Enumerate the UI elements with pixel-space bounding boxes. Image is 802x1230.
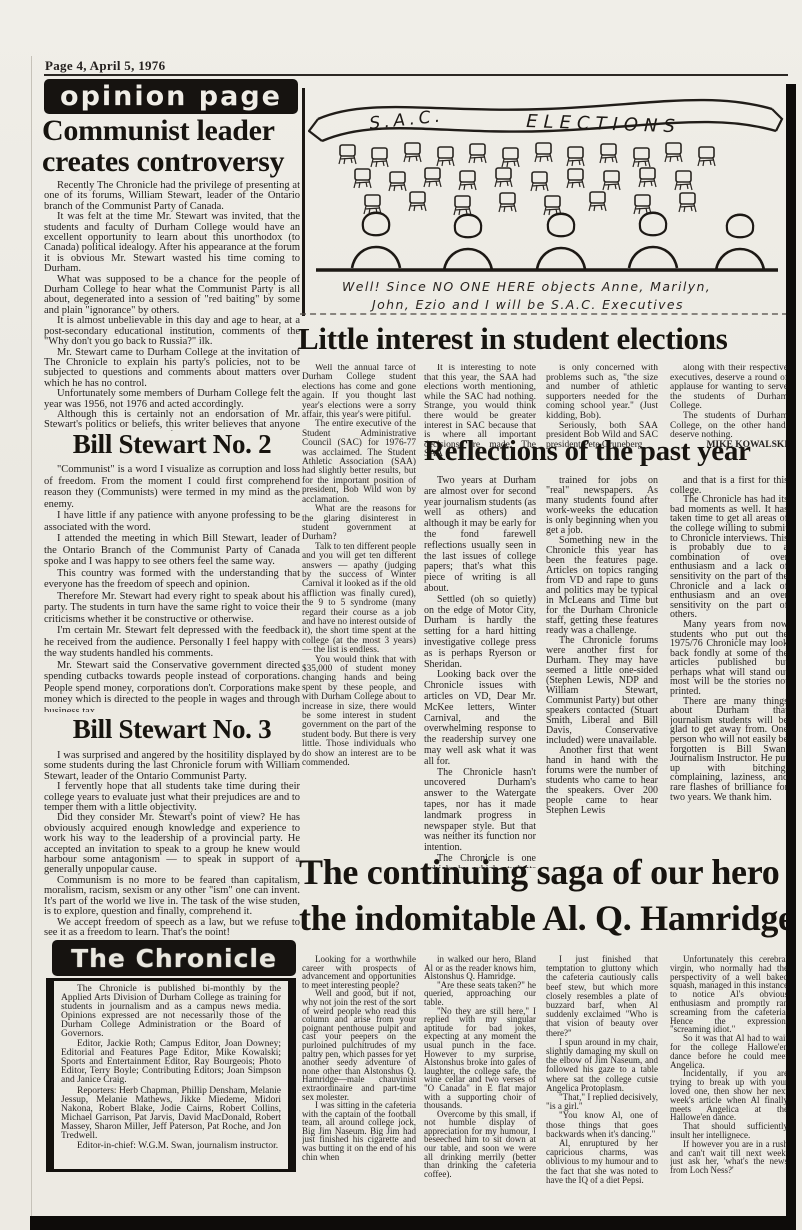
article-body: I was surprised and angered by the hosit…	[44, 751, 300, 935]
column-body: I just finished that temptation to glutt…	[546, 955, 658, 1185]
column-body: Looking for a worthwhile career with pro…	[302, 955, 416, 1161]
paragraph: Reporters: Herb Chapman, Phillip Densham…	[61, 1087, 281, 1140]
reflections-column-1: Two years at Durham are almost over for …	[424, 476, 536, 868]
paragraph: The Chronicle hasn't uncovered Durham's …	[424, 768, 536, 854]
paragraph: along with their respective executives, …	[670, 364, 788, 412]
seated-figure	[352, 212, 400, 268]
paragraph: The entire executive of the Student Admi…	[302, 420, 416, 505]
cartoon-separator-dashed-rule	[300, 313, 788, 315]
sac-banner-text-right: ELECTIONS	[526, 111, 681, 137]
hamridge-column-2: in walked our hero, Bland Al or as the r…	[424, 955, 536, 1211]
opinion-page-banner: opinion page	[44, 79, 298, 114]
sac-elections-cartoon: S.A.C. ELECTIONS Well! Since NO ONE HERE…	[308, 85, 788, 317]
paragraph: It was felt at the time Mr. Stewart was …	[44, 212, 300, 274]
paragraph: in walked our hero, Bland Al or as the r…	[424, 955, 536, 981]
page-date: Page 4, April 5, 1976	[45, 58, 165, 74]
paragraph: Editor-in-chief: W.G.M. Swan, journalism…	[61, 1142, 281, 1151]
audience-chairs	[339, 143, 715, 215]
paragraph: Looking for a worthwhile career with pro…	[302, 955, 416, 989]
masthead-box: The Chronicle is published bi-monthly by…	[46, 978, 296, 1172]
paragraph: I fervently hope that all students take …	[44, 782, 300, 813]
paragraph: Unfortunately some members of Durham Col…	[44, 389, 300, 410]
paragraph: You would think that with $35,000 of stu…	[302, 656, 416, 769]
seated-figure	[444, 214, 492, 270]
article-bill-stewart-3: I was surprised and angered by the hosit…	[44, 751, 300, 935]
paragraph: Editor, Jackie Roth; Campus Editor, Joan…	[61, 1040, 281, 1085]
paragraph: If however you are in a rush and can't w…	[670, 1140, 788, 1175]
paragraph: The Chronicle forums were another first …	[546, 636, 658, 746]
paragraph: Mr. Stewart came to Durham College at th…	[44, 348, 300, 390]
column-body: Well the annual farce of Durham College …	[302, 364, 416, 768]
headline-communist-leader: Communist leader creates controversy	[42, 115, 302, 177]
paragraph: I just finished that temptation to glutt…	[546, 955, 658, 1038]
paragraph: I have little if any patience with anyon…	[44, 510, 300, 533]
paragraph: Although this is certainly not an endors…	[44, 410, 300, 431]
paragraph: Settled (oh so quietly) on the edge of M…	[424, 595, 536, 671]
column-body: and that is a first for this college.The…	[670, 476, 788, 802]
paragraph: Two years at Durham are almost over for …	[424, 476, 536, 595]
article-bill-stewart-2: "Communist" is a word I visualize as cor…	[44, 464, 300, 712]
paragraph: The Chronicle is published bi-monthly by…	[61, 985, 281, 1038]
paragraph: Did they consider Mr. Stewart's point of…	[44, 813, 300, 875]
hamridge-column-4: Unfortunately this cerebral virgin, who …	[670, 955, 788, 1211]
cartoon-caption-line2: John, Ezio and I will be S.A.C. Executiv…	[369, 297, 684, 312]
reflections-column-3: and that is a first for this college.The…	[670, 476, 788, 868]
paragraph: This country was formed with the underst…	[44, 568, 300, 591]
paragraph: So it was that Al had to wait for the co…	[670, 1034, 788, 1069]
paragraph: Looking back over the Chronicle issues w…	[424, 670, 536, 767]
paragraph: The Chronicle has had its bad moments as…	[670, 495, 788, 620]
hamridge-column-3: I just finished that temptation to glutt…	[546, 955, 658, 1211]
seated-figure	[537, 213, 585, 269]
paragraph: "Communist" is a word I visualize as cor…	[44, 464, 300, 510]
paragraph: Communism is no more to be feared than c…	[44, 876, 300, 918]
paragraph: Another first that went hand in hand wit…	[546, 746, 658, 816]
paragraph: Overcome by this small, if not humble di…	[424, 1110, 536, 1179]
paragraph: I spun around in my chair, slightly dama…	[546, 1038, 658, 1093]
paragraph: I'm certain Mr. Stewart felt depressed w…	[44, 625, 300, 660]
article-body: Recently The Chronicle had the privilege…	[44, 181, 300, 431]
column-body: Two years at Durham are almost over for …	[424, 476, 536, 868]
paragraph: trained for jobs on "real" newspapers. A…	[546, 476, 658, 536]
page-bottom-edge	[30, 1216, 796, 1230]
paragraph: Something new in the Chronicle this year…	[546, 536, 658, 636]
paragraph: Well the annual farce of Durham College …	[302, 364, 416, 420]
paragraph: is only concerned with problems such as,…	[546, 364, 658, 422]
paragraph: That should sufficiently insult her inte…	[670, 1122, 788, 1140]
column-body: along with their respective executives, …	[670, 364, 788, 441]
little-interest-column-1: Well the annual farce of Durham College …	[302, 364, 416, 808]
paragraph: Al, enruptured by her capricious charms,…	[546, 1139, 658, 1185]
headline-bill-stewart-2: Bill Stewart No. 2	[44, 429, 300, 460]
article-communist-leader: Recently The Chronicle had the privilege…	[44, 181, 300, 431]
column-body: Unfortunately this cerebral virgin, who …	[670, 955, 788, 1175]
headline-little-interest: Little interest in student elections	[298, 321, 790, 357]
paragraph: I was sitting in the cafeteria with the …	[302, 1101, 416, 1161]
headline-reflections: Reflections of the past year	[424, 435, 790, 468]
hamridge-column-1: Looking for a worthwhile career with pro…	[302, 955, 416, 1211]
opinion-page-banner-label: opinion page	[60, 81, 282, 112]
headline-bill-stewart-3: Bill Stewart No. 3	[44, 714, 300, 745]
paragraph: Incidentally, if you are trying to break…	[670, 1069, 788, 1122]
seated-figure	[716, 214, 764, 270]
seated-figures	[352, 212, 764, 270]
page-left-edge	[31, 56, 32, 1216]
paragraph: and that is a first for this college.	[670, 476, 788, 495]
chronicle-masthead-label: The Chronicle	[71, 944, 277, 973]
paragraph: "Are these seats taken?" he queried, app…	[424, 981, 536, 1007]
column-divider-rule	[302, 88, 305, 316]
paragraph: Mr. Stewart said the Conservative govern…	[44, 660, 300, 713]
paragraph: Many years from now students who put out…	[670, 620, 788, 697]
paragraph: I was surprised and angered by the hosit…	[44, 751, 300, 782]
newspaper-page: Page 4, April 5, 1976 opinion page Commu…	[0, 0, 802, 1230]
paragraph: What was supposed to be a chance for the…	[44, 275, 300, 317]
paragraph: Unfortunately this cerebral virgin, who …	[670, 955, 788, 1034]
paragraph: "No they are still here," I replied with…	[424, 1007, 536, 1110]
column-body: trained for jobs on "real" newspapers. A…	[546, 476, 658, 816]
paragraph: There are many things about Durham that …	[670, 697, 788, 803]
masthead-body: The Chronicle is published bi-monthly by…	[61, 985, 281, 1151]
paragraph: Talk to ten different people and you wil…	[302, 543, 416, 656]
headline-hamridge-line1: The continuing saga of our hero	[299, 851, 791, 893]
chronicle-masthead-banner: The Chronicle	[52, 940, 296, 976]
paragraph: Therefore Mr. Stewart had every right to…	[44, 591, 300, 626]
paragraph: Well and good, but if not, why not join …	[302, 989, 416, 1101]
paragraph: It is almost unbelievable in this day an…	[44, 316, 300, 347]
paragraph: "You know Al, one of those things that g…	[546, 1111, 658, 1139]
article-body: "Communist" is a word I visualize as cor…	[44, 464, 300, 712]
paragraph: Recently The Chronicle had the privilege…	[44, 181, 300, 212]
paragraph: What are the reasons for the glaring dis…	[302, 505, 416, 543]
seated-figure	[629, 212, 677, 268]
reflections-column-2: trained for jobs on "real" newspapers. A…	[546, 476, 658, 868]
paragraph: We accept freedom of speech as a law, bu…	[44, 918, 300, 936]
page-right-edge	[786, 84, 796, 1230]
paragraph: I attended the meeting in which Bill Ste…	[44, 533, 300, 568]
top-rule	[44, 74, 788, 76]
cartoon-caption-line1: Well! Since NO ONE HERE objects Anne, Ma…	[342, 279, 711, 294]
paragraph: "That," I replied decisively, "is a girl…	[546, 1093, 658, 1111]
column-body: in walked our hero, Bland Al or as the r…	[424, 955, 536, 1178]
headline-hamridge-line2: the indomitable Al. Q. Hamridge	[299, 897, 791, 939]
